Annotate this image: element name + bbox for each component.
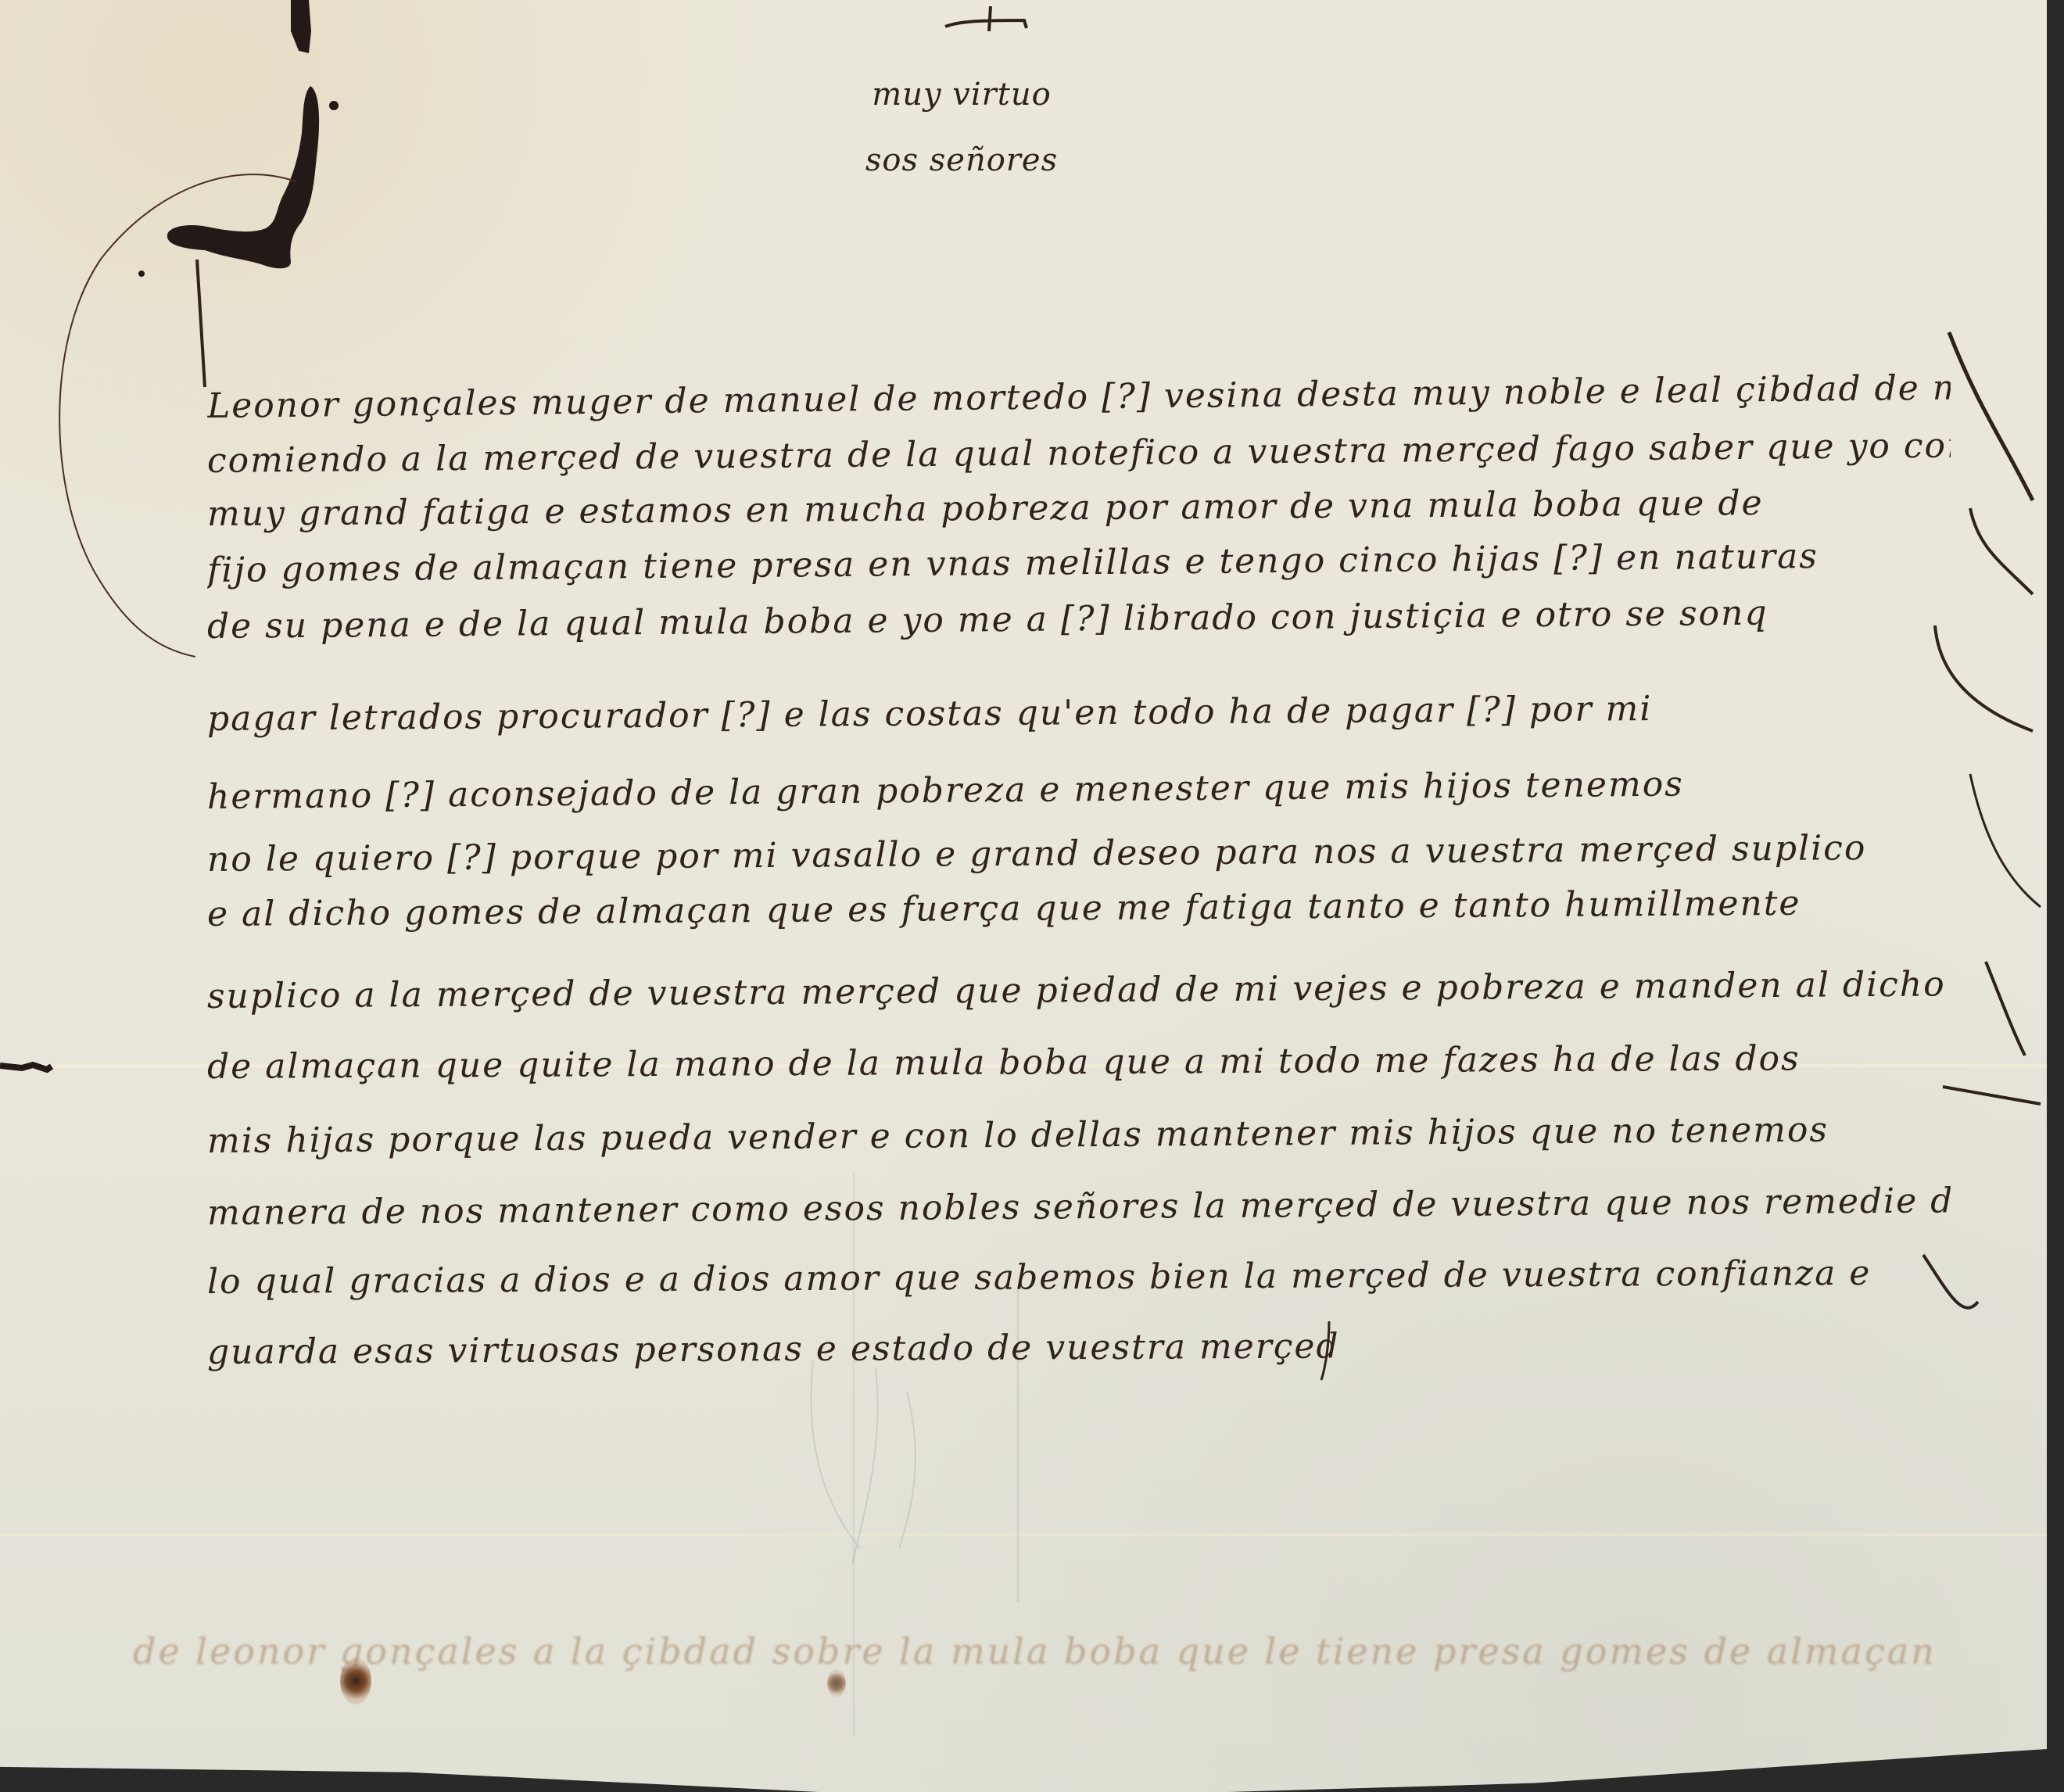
body-line: mis hijas porque las pueda vender e con … — [207, 1098, 1951, 1173]
ink-blot-icon — [291, 0, 311, 53]
ink-stain — [827, 1669, 846, 1697]
body-line: pagar letrados procurador [?] e las cost… — [207, 676, 1951, 751]
body-line: e al dicho gomes de almaçan que es fuerç… — [207, 871, 1951, 946]
body-line: lo qual gracias a dios e a dios amor que… — [207, 1242, 1951, 1314]
body-line: suplico a la merçed de vuestra merçed qu… — [207, 953, 1951, 1028]
heading-line-2: sos señores — [813, 142, 1110, 178]
body-line: de almaçan que quite la mano de la mula … — [207, 1027, 1951, 1098]
bleed-through-marks — [782, 1345, 977, 1579]
body-line: manera de nos mantener como esos nobles … — [207, 1170, 1951, 1245]
faded-endorsement: de leonor gonçales a la çibdad sobre la … — [133, 1630, 1353, 1672]
ink-blot-icon — [167, 86, 319, 268]
cross-mark-icon — [942, 5, 1030, 31]
heading-line-1: muy virtuo — [813, 77, 1110, 113]
